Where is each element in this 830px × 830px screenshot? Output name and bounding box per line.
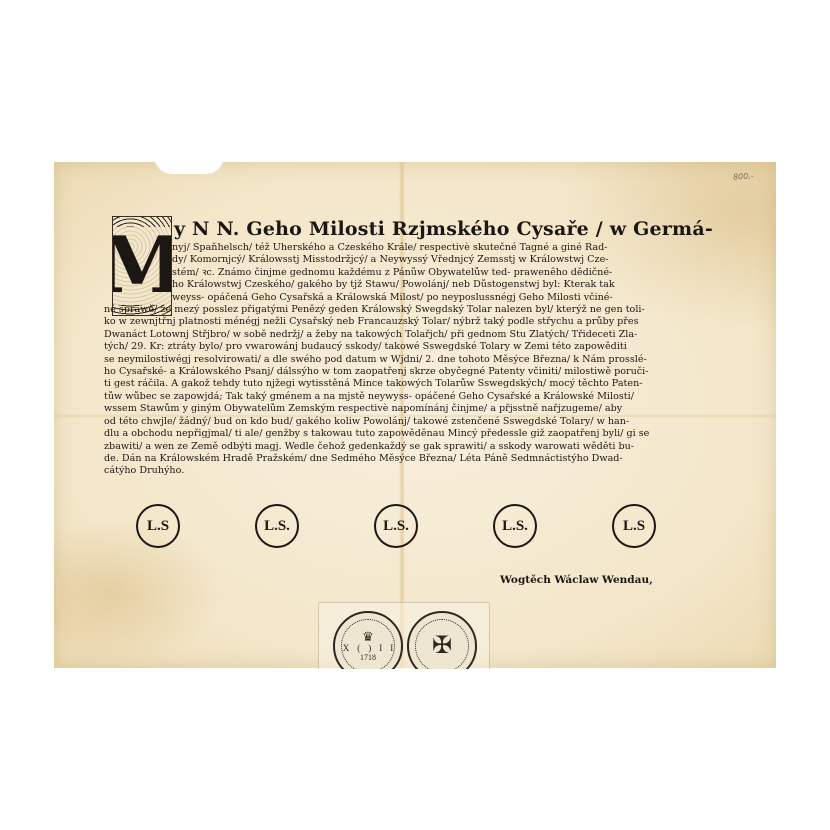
- coin-illustration: ♛ X()II 1718 ✠: [318, 602, 490, 669]
- document-body: nyj/ Spaňhelsch/ též Uherského a Czeskéh…: [104, 242, 766, 478]
- body-line: tůw wůbec se zapowjdá; Tak taký gménem a…: [104, 391, 766, 403]
- body-line: tých/ 29. Kr: ztráty bylo/ pro vwarowánj…: [104, 341, 766, 353]
- body-line: né sprawě/ že mezý posslez přigatými Pen…: [104, 304, 766, 316]
- body-line: Dwanáct Lotownj Střjbro/ w sobě nedržj/ …: [104, 329, 766, 341]
- body-line: dy/ Komornjcý/ Králowsstj Misstodržjcý/ …: [104, 254, 766, 266]
- body-line: zbawiti/ a wen ze Země odbýti magj. Wedl…: [104, 441, 766, 453]
- body-line: se neymilostiwégj resolvirowati/ a dle s…: [104, 354, 766, 366]
- body-line: nyj/ Spaňhelsch/ též Uherského a Czeskéh…: [104, 242, 766, 254]
- torn-edge: [154, 156, 224, 174]
- crown-icon: ♛: [362, 630, 374, 643]
- seal-stamp: L.S.: [493, 504, 537, 548]
- document-page: 800,- M y N N. Geho Milosti Rzjmského Cy…: [54, 162, 776, 668]
- coin-year: 1718: [360, 653, 376, 663]
- seal-stamp: L.S.: [374, 504, 418, 548]
- body-line: ti gest ráčila. A gakož tehdy tuto njžeg…: [104, 378, 766, 390]
- body-line: wssem Stawům y giným Obywatelům Zemským …: [104, 403, 766, 415]
- body-line: stém/ ꝛc. Známo činjme gednomu každému z…: [104, 267, 766, 279]
- body-line: ho Králowstwj Czeského/ gakého by tjž St…: [104, 279, 766, 291]
- document-heading: y N N. Geho Milosti Rzjmského Cysaře / w…: [174, 218, 766, 240]
- seal-stamp: L.S: [136, 504, 180, 548]
- body-line: de. Dán na Králowském Hradě Pražském/ dn…: [104, 453, 766, 465]
- body-line: weyss- opáčená Geho Cysařská a Králowská…: [104, 292, 766, 304]
- body-line: dlu a obchodu nepřigjmal/ ti ale/ genžby…: [104, 428, 766, 440]
- body-line: od této chwjle/ žádný/ bud on kdo bud/ g…: [104, 416, 766, 428]
- body-line: ho Cysařské- a Králowského Psanj/ dálssý…: [104, 366, 766, 378]
- pencil-price-note: 800,-: [733, 171, 754, 181]
- body-line: cátýho Druhýho.: [104, 465, 766, 477]
- body-line: ko w zewnjtřnj platnosti ménégj nežli Cy…: [104, 316, 766, 328]
- coin-value: X()II: [335, 643, 402, 653]
- cross-shield-icon: ✠: [432, 634, 452, 658]
- coin-obverse: ♛ X()II 1718: [333, 611, 403, 669]
- signature: Wogtěch Wáclaw Wendau,: [500, 574, 653, 586]
- seal-stamp: L.S: [612, 504, 656, 548]
- seal-row: L.S L.S. L.S. L.S. L.S: [136, 504, 656, 548]
- coin-reverse: ✠: [407, 611, 477, 669]
- seal-stamp: L.S.: [255, 504, 299, 548]
